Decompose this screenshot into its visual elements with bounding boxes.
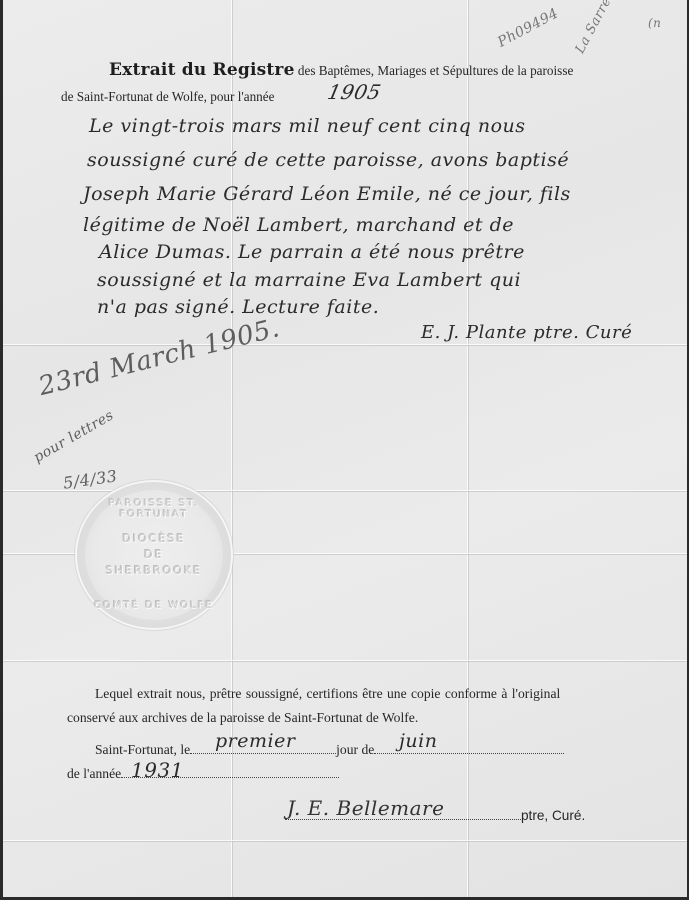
year-value-handwritten: 1931: [131, 758, 184, 782]
certification-date-line: Saint-Fortunat, lejour de: [95, 742, 564, 758]
entry-line-3: Joseph Marie Gérard Léon Emile, né ce jo…: [83, 183, 571, 205]
entry-line-6: soussigné et la marraine Eva Lambert qui: [97, 269, 521, 291]
archive-catalog-number: Ph09494: [495, 5, 561, 50]
annotation-english-date: 23rd March 1905.: [36, 313, 283, 402]
day-label: jour de: [336, 742, 374, 757]
fold-line: [3, 344, 687, 345]
entry-line-2: soussigné curé de cette paroisse, avons …: [87, 149, 569, 171]
annotation-note-line-2: 5/4/33: [62, 466, 119, 492]
seal-outer-top-text: PAROISSE ST. FORTUNAT: [75, 498, 233, 520]
entry-line-4: légitime de Noël Lambert, marchand et de: [83, 214, 514, 236]
year-label: de l'année: [67, 766, 121, 781]
place-label: Saint-Fortunat, le: [95, 742, 190, 757]
archive-name-note: La Sarre: [573, 0, 615, 56]
fold-line: [3, 490, 687, 491]
certification-line-2: conservé aux archives de la paroisse de …: [67, 710, 418, 726]
annotation-note-line-1: pour lettres: [31, 407, 117, 466]
archive-corner-mark: (n: [648, 16, 661, 30]
certification-line-1: Lequel extrait nous, prêtre soussigné, c…: [95, 686, 560, 702]
day-value-handwritten: premier: [215, 730, 295, 752]
entry-line-1: Le vingt-trois mars mil neuf cent cinq n…: [89, 115, 526, 137]
embossed-parish-seal: PAROISSE ST. FORTUNAT DIOCÈSE DE SHERBRO…: [75, 480, 233, 630]
header-line-2: de Saint-Fortunat de Wolfe, pour l'année: [61, 89, 274, 105]
header-title: Extrait du Registre: [109, 60, 295, 80]
entry-line-5: Alice Dumas. Le parrain a été nous prêtr…: [99, 241, 525, 263]
fold-line: [3, 840, 687, 841]
seal-center-line-3: SHERBROOKE: [75, 564, 233, 577]
header-parish-year-label: de Saint-Fortunat de Wolfe, pour l'année: [61, 89, 274, 104]
entry-line-7: n'a pas signé. Lecture faite.: [97, 296, 379, 318]
fold-line: [3, 660, 687, 661]
entry-signature: E. J. Plante ptre. Curé: [421, 322, 632, 343]
certification-year-line: de l'année: [67, 766, 339, 782]
baptism-certificate-document: Ph09494 La Sarre (n Extrait du Registre …: [3, 0, 687, 897]
seal-center-line-2: DE: [75, 548, 233, 561]
signature-suffix: ptre, Curé.: [521, 808, 585, 823]
certifying-priest-signature: J. E. Bellemare: [287, 796, 444, 820]
header-title-rest: des Baptêmes, Mariages et Sépultures de …: [298, 63, 573, 78]
day-fill-line: [190, 752, 336, 754]
seal-outer-bottom-text: COMTÉ DE WOLFE: [75, 600, 233, 611]
seal-center-line-1: DIOCÈSE: [75, 532, 233, 545]
month-value-handwritten: juin: [399, 730, 437, 752]
month-fill-line: [374, 752, 564, 754]
header-year-handwritten: 1905: [325, 80, 383, 104]
header-line-1: Extrait du Registre des Baptêmes, Mariag…: [109, 60, 573, 80]
